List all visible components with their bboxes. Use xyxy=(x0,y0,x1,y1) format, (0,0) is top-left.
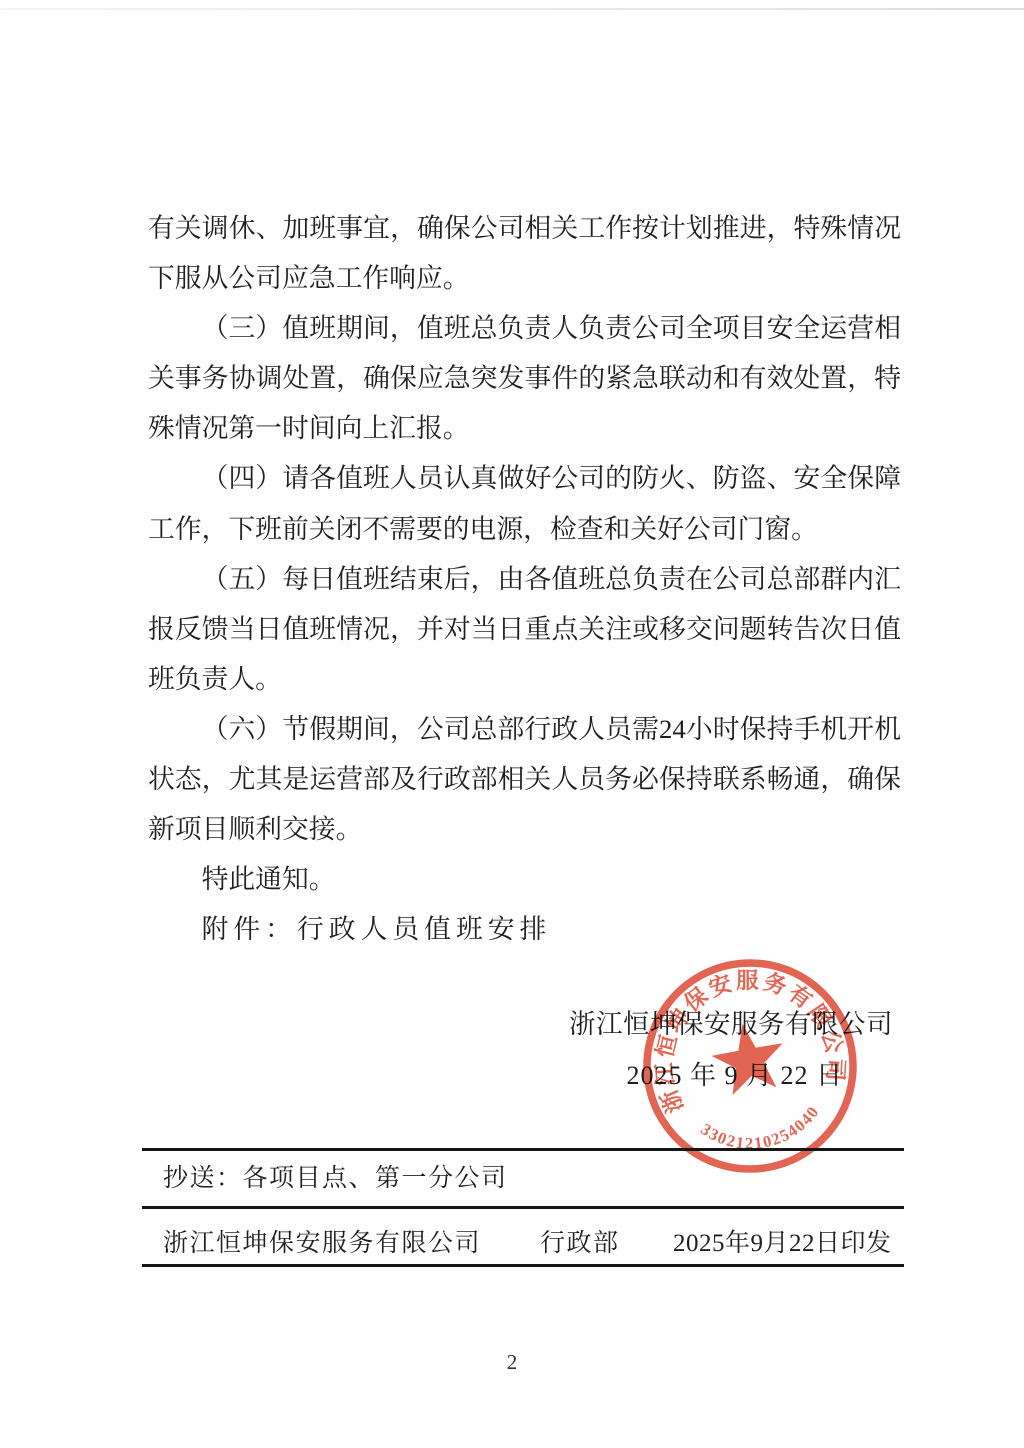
cc-line: 抄送：各项目点、第一分公司 xyxy=(163,1162,508,1196)
footer-divider-middle xyxy=(142,1206,904,1209)
seal-star-icon xyxy=(707,1017,790,1097)
body-paragraph-continuation: 有关调休、加班事宜，确保公司相关工作按计划推进，特殊情况下服从公司应急工作响应。 xyxy=(148,203,901,303)
body-paragraph-item-3: （三）值班期间，值班总负责人负责公司全项目安全运营相关事务协调处置，确保应急突发… xyxy=(148,303,901,453)
issue-date: 2025年9月22日印发 xyxy=(673,1227,892,1261)
issuer-row: 浙江恒坤保安服务有限公司 行政部 2025年9月22日印发 xyxy=(0,1227,1024,1263)
body-paragraph-item-6: （六）节假期间，公司总部行政人员需24小时保持手机开机状态，尤其是运营部及行政部… xyxy=(148,704,901,854)
page-number: 2 xyxy=(0,1350,1024,1375)
attachment-line: 附件：行政人员值班安排 xyxy=(148,904,901,954)
closing-line: 特此通知。 xyxy=(148,854,901,904)
document-page: 有关调休、加班事宜，确保公司相关工作按计划推进，特殊情况下服从公司应急工作响应。… xyxy=(0,0,1024,1448)
issuer-department: 行政部 xyxy=(540,1227,620,1261)
footer-divider-top xyxy=(142,1148,904,1151)
company-seal-stamp: 浙江恒坤保安服务有限公司 33021210254040 xyxy=(635,951,865,1181)
notice-body: 有关调休、加班事宜，确保公司相关工作按计划推进，特殊情况下服从公司应急工作响应。… xyxy=(148,203,901,954)
body-paragraph-item-5: （五）每日值班结束后，由各值班总负责在公司总部群内汇报反馈当日值班情况，并对当日… xyxy=(148,554,901,704)
scan-edge-line xyxy=(0,8,1024,10)
footer-divider-bottom xyxy=(142,1264,904,1267)
issuer-company: 浙江恒坤保安服务有限公司 xyxy=(163,1227,481,1261)
body-paragraph-item-4: （四）请各值班人员认真做好公司的防火、防盗、安全保障工作，下班前关闭不需要的电源… xyxy=(148,453,901,553)
